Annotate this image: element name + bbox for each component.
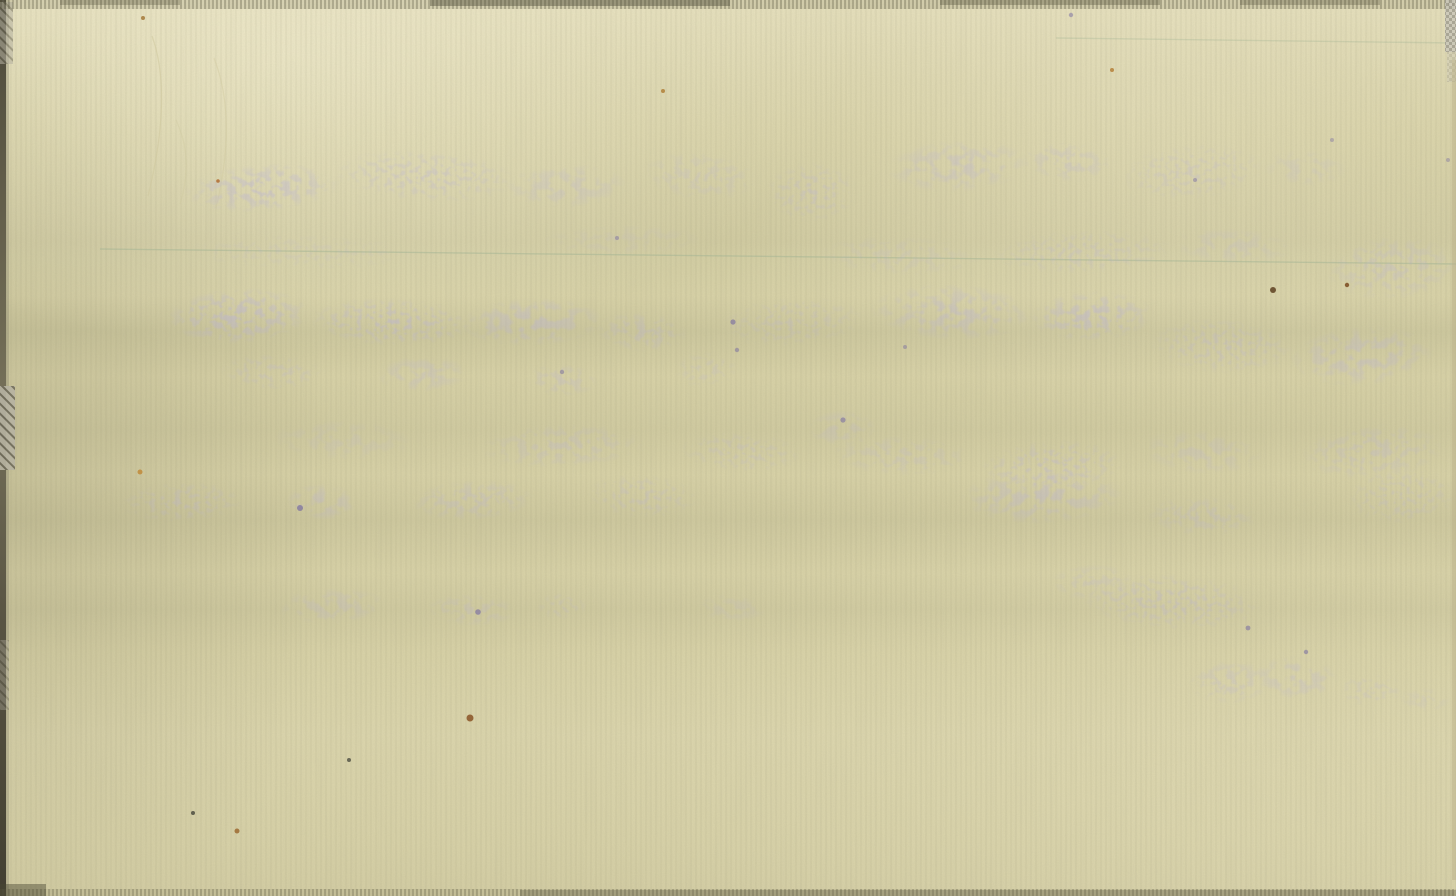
ink-dot <box>1069 13 1073 17</box>
foxing-speck <box>191 811 195 815</box>
foxing-speck <box>467 715 474 722</box>
top-edge-dark-segment <box>1240 0 1380 5</box>
ink-dot <box>1193 178 1197 182</box>
top-edge-dark-segment <box>60 0 180 5</box>
ink-dot <box>1304 650 1308 654</box>
left-edge-fabric-patch <box>0 386 15 470</box>
foxing-speck <box>235 829 240 834</box>
ink-dot <box>903 345 907 349</box>
bottom-left-corner-shadow <box>0 884 46 896</box>
foxing-speck <box>347 758 351 762</box>
foxing-speck <box>661 89 665 93</box>
foxing-speck <box>1270 287 1276 293</box>
foxing-speck <box>216 179 220 183</box>
ink-dot <box>1330 138 1334 142</box>
scanned-document-page <box>0 0 1456 896</box>
bottom-edge-dark-segment <box>520 890 1456 896</box>
foxing-speck <box>141 16 145 20</box>
foxing-speck <box>1110 68 1114 72</box>
ink-dot <box>1446 158 1450 162</box>
foxing-speck <box>138 470 143 475</box>
scan-art <box>0 0 1456 896</box>
ink-dot <box>1246 626 1251 631</box>
top-edge-dark-segment <box>430 0 730 6</box>
ink-dot <box>730 319 735 324</box>
foxing-speck <box>1345 283 1349 287</box>
ink-dot <box>840 417 845 422</box>
left-edge-fabric-patch-low <box>0 640 9 710</box>
top-right-fabric-corner <box>1445 0 1456 52</box>
ink-bleed-cluster <box>1400 688 1452 712</box>
right-edge-sliver <box>1452 60 1456 880</box>
ink-dot <box>475 609 481 615</box>
ink-bleed-cluster <box>766 162 858 222</box>
ink-dot <box>560 370 564 374</box>
ink-dot <box>735 348 739 352</box>
top-edge-dark-segment <box>940 0 1160 5</box>
ink-dot <box>615 236 619 240</box>
ink-dot <box>297 505 303 511</box>
left-edge-fabric-patch-top <box>0 2 13 64</box>
